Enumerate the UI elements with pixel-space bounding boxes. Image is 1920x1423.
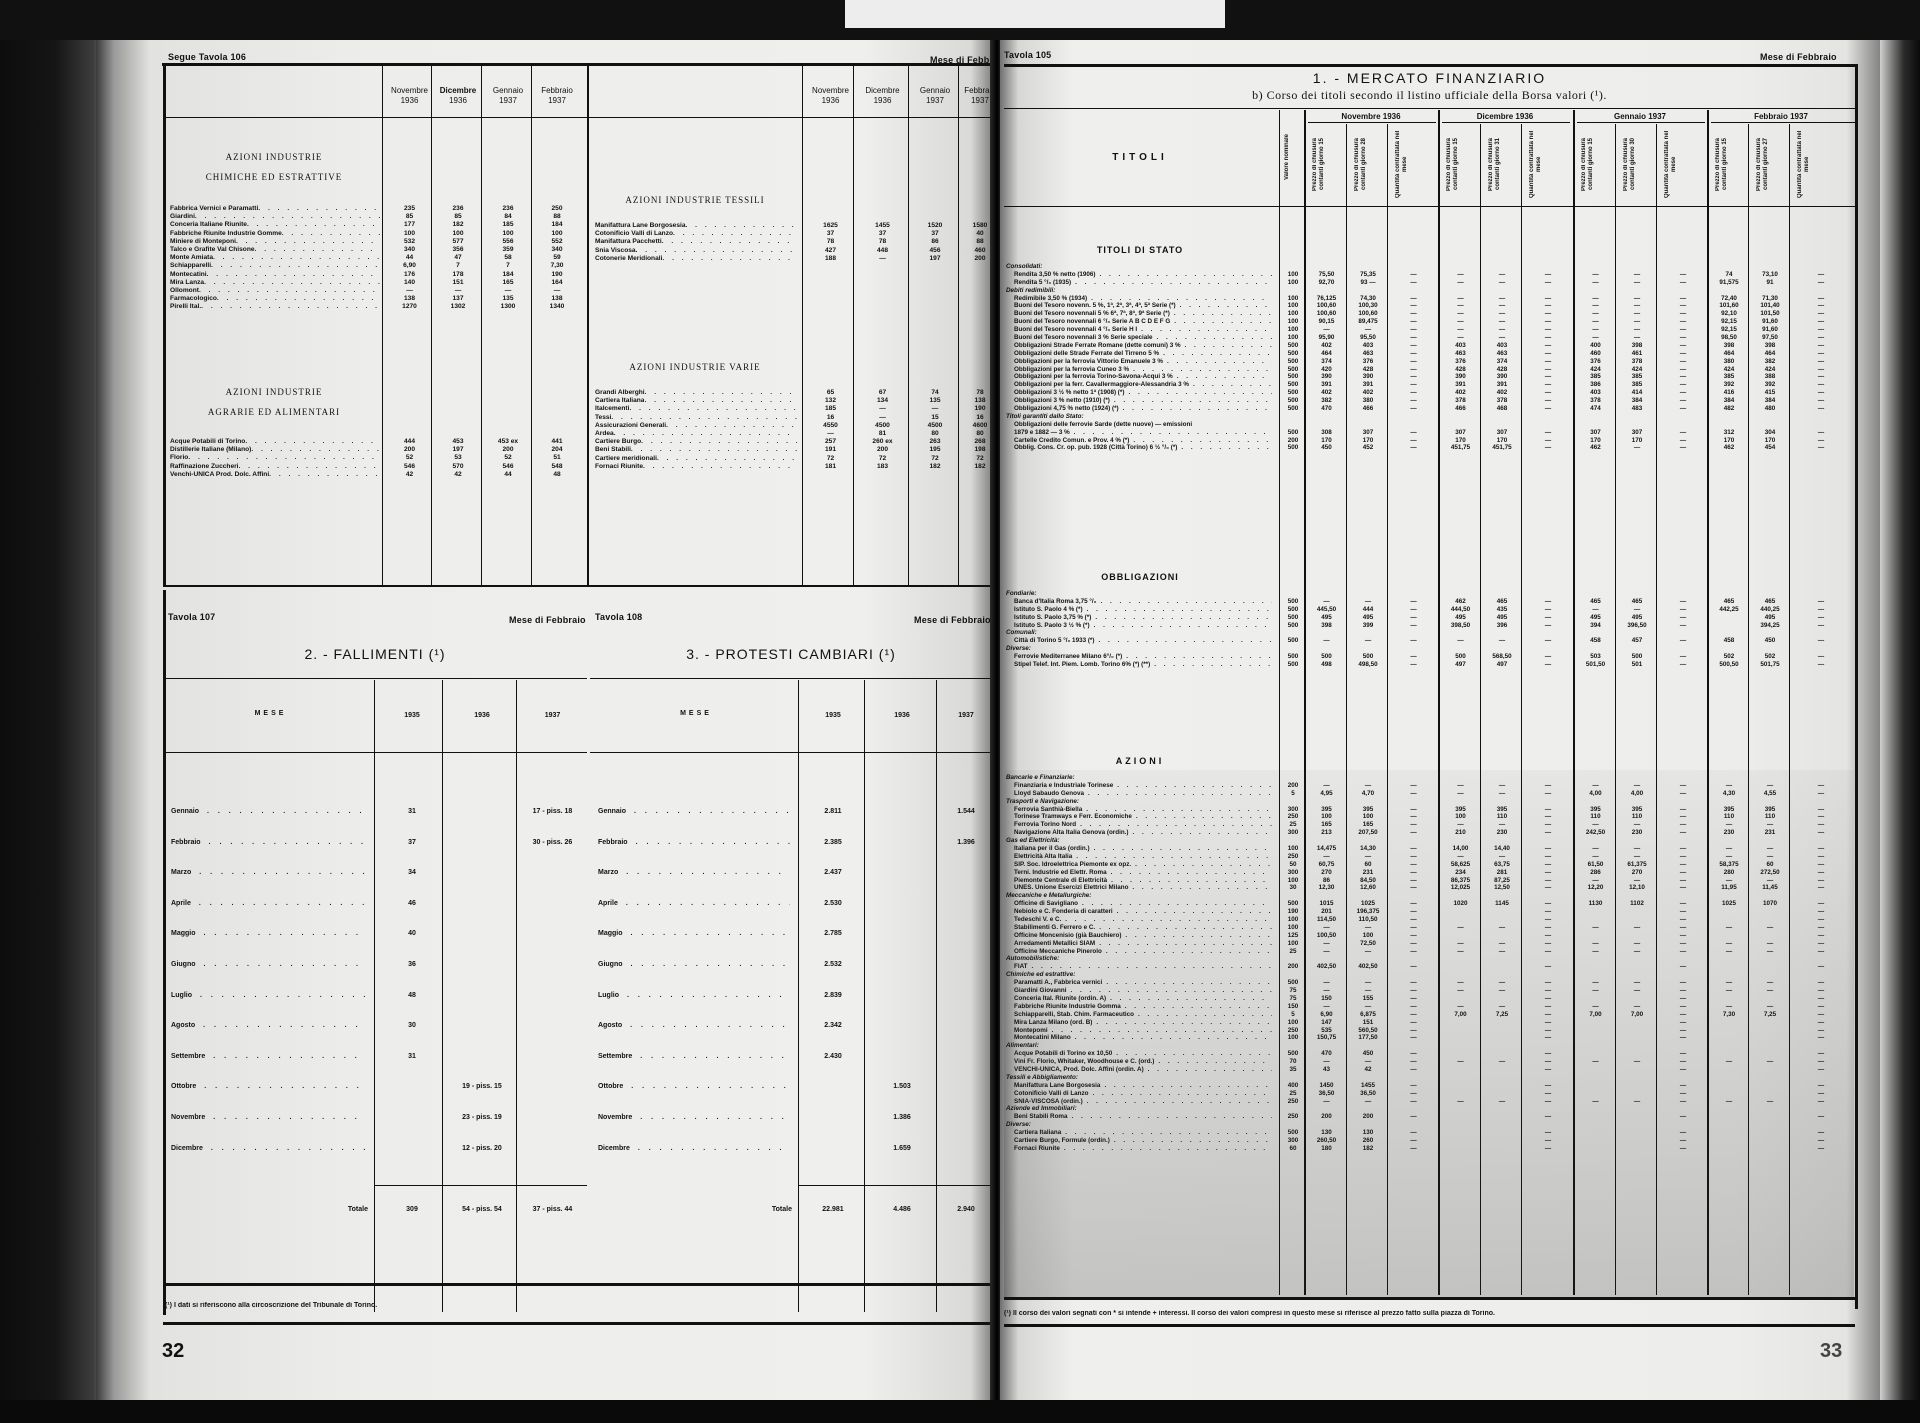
cell-value [1348, 590, 1388, 598]
period-label: Mese di Febbraio [914, 615, 991, 625]
cell-value: — [1791, 598, 1851, 606]
leader-dots: . . . . . . . . . . . . . . . . . . . . … [632, 1114, 790, 1121]
cell-value: 138 [533, 295, 581, 303]
cell-value: 444 [386, 438, 433, 446]
column-year: 1937 [910, 96, 960, 106]
cell-value: — [1523, 350, 1573, 358]
column-header: Gennaio1937 [483, 86, 533, 106]
cell-value: 456 [910, 247, 960, 255]
cell-value: 74 [910, 389, 960, 397]
cell-value: 390 [1482, 373, 1522, 381]
month-name: Dicembre [598, 1145, 630, 1152]
cell-value: 465 [1482, 598, 1522, 606]
cell-value: 195 [910, 446, 960, 454]
cell-value: — [433, 287, 483, 295]
table-row: Stipel Telef. Int. Piem. Lomb. Torino 6%… [1006, 661, 1272, 669]
cell-value: 442,25 [1709, 606, 1749, 614]
cell-value: — [1440, 326, 1481, 334]
cell-value: 378 [1482, 397, 1522, 405]
month-name: Maggio [598, 930, 623, 937]
cell-value: — [1389, 653, 1438, 661]
column-header: Novembre1936 [806, 86, 855, 106]
cell-value: 398,50 [1440, 622, 1481, 630]
right-edge-shadow [1880, 40, 1920, 1423]
cell-value: 100 [386, 230, 433, 238]
value-column: 75,3593 — 74,30100,30100,6089,475—95,504… [1348, 263, 1388, 452]
cell-value: — [1658, 326, 1708, 334]
column-year: 1937 [533, 96, 581, 106]
cell-value: — [386, 287, 433, 295]
month-row: Ottobre . . . . . . . . . . . . . . . . … [598, 1083, 790, 1090]
column-month: Dicembre [855, 86, 910, 96]
cell-value: 444,50 [1440, 606, 1481, 614]
cell-value: 441 [533, 438, 581, 446]
cell-value [1440, 413, 1481, 421]
sub-column-header: Prezzo di chiusura contanti giorno 27 [1756, 126, 1784, 202]
cell-value: 191 [806, 446, 855, 454]
month-row: Maggio . . . . . . . . . . . . . . . . .… [598, 930, 790, 937]
value-column: 65132185164550—25719172181 [806, 389, 855, 471]
cell-value [1791, 629, 1851, 637]
column-month: Gennaio [910, 86, 960, 96]
cell-value: 392 [1709, 381, 1749, 389]
cell-value: 100 [1281, 295, 1305, 303]
cell-value: 2.430 [802, 1053, 864, 1060]
cell-value: 396,50 [1617, 622, 1657, 630]
header-year: 1935 [378, 712, 446, 719]
table-row: Obbligazioni delle ferrovie Sarde (dette… [1006, 421, 1272, 429]
cell-value [1709, 622, 1749, 630]
cell-value: 135 [910, 397, 960, 405]
cell-value: 37 [855, 230, 910, 238]
cell-value: — [1482, 279, 1522, 287]
value-column: —445,50495398 — 500498 [1306, 590, 1347, 669]
cell-value: 72 [806, 455, 855, 463]
cell-value: 1455 [855, 222, 910, 230]
cell-value: 378 [1575, 397, 1616, 405]
cell-value: — [1658, 429, 1708, 437]
cell-value: 376 [1440, 358, 1481, 366]
value-column: 73,1091 71,30101,40101,5091,6091,6097,50… [1750, 263, 1790, 452]
cell-value: — [533, 287, 581, 295]
cell-value: — [1389, 397, 1438, 405]
value-column: —— ——————403463374428390391402378468 307… [1482, 263, 1522, 452]
column-header: Febbraio1937 [533, 86, 581, 106]
table-row: Mira Lanza . . . . . . . . . . . . . . .… [170, 279, 380, 287]
cell-value: 380 [1348, 397, 1388, 405]
row-labels: Consolidati:Rendita 3,50 % netto (1906) … [1006, 263, 1272, 452]
cell-value: 384 [1617, 397, 1657, 405]
cell-value: 176 [386, 271, 433, 279]
cell-value: 78 [855, 238, 910, 246]
cell-value: 495 [1348, 614, 1388, 622]
cell-value: 250 [533, 205, 581, 213]
cell-value [1617, 287, 1657, 295]
leader-dots: . . . . . . . . . . . . . . . . . . . . … [199, 287, 380, 295]
cell-value [1750, 287, 1790, 295]
cell-value: 44 [483, 471, 533, 479]
cell-value [1306, 590, 1347, 598]
left-footnote: (¹) I dati si riferiscono alla circoscri… [165, 1302, 985, 1309]
cell-value: — [1658, 405, 1708, 413]
table-row: Obbligazioni 3 % netto (1910) (*) . . . … [1006, 397, 1272, 405]
cell-value: 200 [1281, 437, 1305, 445]
column-rule [958, 65, 959, 585]
table-row: Istituto S. Paolo 3,75 % (*) . . . . . .… [1006, 614, 1272, 622]
cell-value: — [1348, 637, 1388, 645]
leader-dots: . . . . . . . . . . . . . . . . . . . . … [1124, 389, 1272, 397]
value-column: 23585177100532340446,90176140—1381270 [386, 205, 433, 311]
month-row: Aprile . . . . . . . . . . . . . . . . .… [598, 900, 790, 907]
cell-value [1750, 590, 1790, 598]
cell-value: — [1523, 653, 1573, 661]
leader-dots: . . . . . . . . . . . . . . . . . . . . … [196, 930, 367, 937]
leader-dots: . . . . . . . . . . . . . . . . . . . . … [1152, 334, 1272, 342]
cell-value [1658, 421, 1708, 429]
cell-value: — [1658, 271, 1708, 279]
cell-value: 378 [1440, 397, 1481, 405]
total-value: 2.940 [940, 1206, 992, 1213]
cell-value: 84 [483, 213, 533, 221]
cell-value: 427 [806, 247, 855, 255]
cell-value: 501,50 [1575, 661, 1616, 669]
cell-value: 200 [483, 446, 533, 454]
leader-dots: . . . . . . . . . . . . . . . . . . . . … [662, 255, 797, 263]
cell-value: 502 [1750, 653, 1790, 661]
leader-dots: . . . . . . . . . . . . . . . . . . . . … [1090, 622, 1272, 630]
month-name: Marzo [171, 869, 191, 876]
cell-value: 403 [1348, 342, 1388, 350]
column-header: Gennaio1937 [910, 86, 960, 106]
cell-value: 388 [1750, 373, 1790, 381]
leader-dots: . . . . . . . . . . . . . . . . . . . . … [199, 808, 366, 815]
column-header: Dicembre1936 [855, 86, 910, 106]
cell-value: 451,75 [1482, 444, 1522, 452]
cell-value: 384 [1709, 397, 1749, 405]
cell-value: — [1348, 326, 1388, 334]
cell-value: — [1523, 318, 1573, 326]
table-row: Schiapparelli . . . . . . . . . . . . . … [170, 262, 380, 270]
cell-value: 23 - piss. 19 [446, 1114, 518, 1121]
total-value: 309 [378, 1206, 446, 1213]
cell-value: — [1658, 279, 1708, 287]
tavola-label: Tavola 108 [595, 612, 642, 622]
leader-dots: . . . . . . . . . . . . . . . . . . . . … [1170, 310, 1272, 318]
value-column: 4412045154848 [533, 438, 581, 479]
value-column: —— ——————————————— ——— [1389, 263, 1438, 452]
sub-column-header: Prezzo di chiusura contanti giorno 30 [1623, 126, 1651, 202]
cell-value: — [1791, 405, 1851, 413]
cell-value: 391 [1306, 381, 1347, 389]
cell-value: 12 - piss. 20 [446, 1145, 518, 1152]
cell-value: 65 [806, 389, 855, 397]
month-name: Ottobre [598, 1083, 623, 1090]
cell-value: 440,25 [1750, 606, 1790, 614]
cell-value [1658, 413, 1708, 421]
cell-value [1306, 421, 1347, 429]
rule-line [1004, 64, 1855, 67]
page-top-gap [845, 0, 1225, 28]
column-rule [936, 680, 937, 1312]
cell-value: 465 [1750, 598, 1790, 606]
cell-value: 170 [1306, 437, 1347, 445]
month-name: Luglio [171, 992, 192, 999]
rule-line [1308, 122, 1436, 123]
cell-value [1389, 287, 1438, 295]
cell-value: — [1617, 279, 1657, 287]
cell-value [1658, 645, 1708, 653]
cell-value [1281, 629, 1305, 637]
cell-value [1750, 421, 1790, 429]
leader-dots: . . . . . . . . . . . . . . . . . . . . … [245, 438, 380, 446]
sub-column-header: Prezzo di chiusura contanti giorno 15 [1581, 126, 1609, 202]
cell-value: — [1617, 271, 1657, 279]
cell-value: 100 [1281, 271, 1305, 279]
column-rule [1855, 64, 1858, 1309]
cell-value: 500 [1348, 653, 1388, 661]
cell-value: 85 [386, 213, 433, 221]
leader-dots: . . . . . . . . . . . . . . . . . . . . … [1176, 302, 1272, 310]
cell-value: 500 [1281, 622, 1305, 630]
cell-value: 498,50 [1348, 661, 1388, 669]
cell-value [1575, 645, 1616, 653]
cell-value: 483 [1617, 405, 1657, 413]
leader-dots: . . . . . . . . . . . . . . . . . . . . … [269, 471, 380, 479]
cell-value: — [1523, 326, 1573, 334]
cell-value: 428 [1440, 366, 1481, 374]
cell-value: 53 [433, 454, 483, 462]
leader-dots: . . . . . . . . . . . . . . . . . . . . … [636, 247, 797, 255]
cell-value: 48 [378, 992, 446, 999]
cell-value: 552 [533, 238, 581, 246]
cell-value [1482, 263, 1522, 271]
cell-value: 100 [433, 230, 483, 238]
cell-value: 2.839 [802, 992, 864, 999]
cell-value: — [1389, 381, 1438, 389]
cell-value: — [1791, 622, 1851, 630]
cell-value: — [1658, 614, 1708, 622]
cell-value: — [1523, 437, 1573, 445]
month-group-header: Dicembre 1936 [1438, 112, 1572, 121]
cell-value: 474 [1575, 405, 1616, 413]
cell-value [1440, 421, 1481, 429]
cell-value: 92,10 [1709, 310, 1749, 318]
cell-value [1482, 421, 1522, 429]
cell-value: 188 [806, 255, 855, 263]
month-row: Luglio . . . . . . . . . . . . . . . . .… [171, 992, 366, 999]
cell-value: 500 [1281, 342, 1305, 350]
cell-value: — [1658, 310, 1708, 318]
value-column: 465440,25495394,25 450 502501,75 [1750, 590, 1790, 669]
row-name: Cartiera Italiana [595, 397, 644, 405]
cell-value: — [1389, 271, 1438, 279]
cell-value: 424 [1750, 366, 1790, 374]
leader-dots: . . . . . . . . . . . . . . . . . . . . … [247, 221, 380, 229]
cell-value: 385 [1617, 373, 1657, 381]
cell-value: 46 [378, 900, 446, 907]
cell-value: — [1523, 295, 1573, 303]
cell-value: 42 [433, 471, 483, 479]
cell-value: 72,40 [1709, 295, 1749, 303]
table-row: Fabbriche Riunite Industrie Gomme . . . … [170, 230, 380, 238]
cell-value: — [1389, 429, 1438, 437]
cell-value: 391 [1348, 381, 1388, 389]
cell-value: 37 [378, 839, 446, 846]
leader-dots: . . . . . . . . . . . . . . . . . . . . … [1096, 271, 1272, 279]
table-row: Grandi Alberghi . . . . . . . . . . . . … [595, 389, 797, 397]
cell-value [1482, 287, 1522, 295]
cell-value: 556 [483, 238, 533, 246]
cell-value [1389, 413, 1438, 421]
cell-value: 52 [483, 454, 533, 462]
cell-value: 91,60 [1750, 318, 1790, 326]
cell-value: 385 [1617, 381, 1657, 389]
cell-value: 52 [386, 454, 433, 462]
section-title: AZIONI [1004, 756, 1276, 766]
cell-value: — [1389, 318, 1438, 326]
cell-value: 452 [1348, 444, 1388, 452]
rule-line [162, 63, 992, 66]
cell-value: 91,60 [1750, 326, 1790, 334]
column-rule [481, 65, 482, 585]
cell-value [1575, 629, 1616, 637]
column-month: Dicembre [433, 86, 483, 96]
row-name: Redimibile 3,50 % (1934) [1014, 295, 1087, 303]
cell-value: — [1617, 295, 1657, 303]
value-column: 500500500500 500 500500 [1281, 590, 1305, 669]
cell-value: — [1389, 358, 1438, 366]
cell-value: — [1389, 389, 1438, 397]
cell-value: 44 [386, 254, 433, 262]
cell-value: — [1658, 606, 1708, 614]
row-name: Fornaci Riunite [595, 463, 643, 471]
leader-dots: . . . . . . . . . . . . . . . . . . . . … [657, 455, 797, 463]
cell-value: 1.396 [940, 839, 992, 846]
row-name: Giardini [170, 213, 195, 221]
cell-value: 374 [1306, 358, 1347, 366]
cell-value: 1340 [533, 303, 581, 311]
month-row: Agosto . . . . . . . . . . . . . . . . .… [171, 1022, 366, 1029]
cell-value: 402 [1348, 389, 1388, 397]
cell-value: 391 [1440, 381, 1481, 389]
cell-value: — [1389, 444, 1438, 452]
leader-dots: . . . . . . . . . . . . . . . . . . . . … [1189, 381, 1272, 389]
cell-value: 257 [806, 438, 855, 446]
cell-value: 2.785 [802, 930, 864, 937]
cell-value [1791, 413, 1851, 421]
leader-dots: . . . . . . . . . . . . . . . . . . . . … [1163, 358, 1272, 366]
column-rule [864, 680, 865, 1312]
value-column: 453 ex2005254644 [483, 438, 533, 479]
header-year: 1937 [940, 712, 992, 719]
cell-value: 40 [378, 930, 446, 937]
cell-value: — [1389, 661, 1438, 669]
value-column: 16253778427188 [806, 222, 855, 263]
value-column: ———— — —— [1791, 590, 1851, 669]
month-name: Aprile [171, 900, 191, 907]
cell-value: 464 [1306, 350, 1347, 358]
cell-value: 501,75 [1750, 661, 1790, 669]
cell-value: 402 [1306, 342, 1347, 350]
scan-border-bottom [0, 1400, 1920, 1423]
cell-value: 72 [855, 455, 910, 463]
rule-line [374, 1185, 587, 1186]
cell-value: 100 [1281, 326, 1305, 334]
cell-value: — [1658, 389, 1708, 397]
cell-value: 170 [1709, 437, 1749, 445]
leader-dots: . . . . . . . . . . . . . . . . . . . . … [196, 1083, 366, 1090]
cell-value: 359 [483, 246, 533, 254]
column-header: Novembre1936 [386, 86, 433, 106]
header-year: 1935 [802, 712, 864, 719]
cell-value: — [1523, 342, 1573, 350]
cell-value: — [1482, 637, 1522, 645]
month-name: Settembre [171, 1053, 205, 1060]
cell-value: 81 [855, 430, 910, 438]
month-name: Ottobre [171, 1083, 196, 1090]
table-row: Beni Stabili . . . . . . . . . . . . . .… [595, 446, 797, 454]
cell-value [1791, 263, 1851, 271]
cell-value: 1.659 [868, 1145, 936, 1152]
value-column: 465—495396,50 457 500501 [1617, 590, 1657, 669]
cell-value [1709, 645, 1749, 653]
row-name: Miniere di Monteponi [170, 238, 236, 246]
column-rule [516, 680, 517, 1312]
cell-value [1617, 645, 1657, 653]
cell-value: 97,50 [1750, 334, 1790, 342]
cell-value: 7 [433, 262, 483, 270]
month-row: Dicembre . . . . . . . . . . . . . . . .… [598, 1145, 790, 1152]
row-name: Florio [170, 454, 188, 462]
cell-value: 2.385 [802, 839, 864, 846]
cell-value: 495 [1617, 614, 1657, 622]
cell-value: 37 [910, 230, 960, 238]
leader-dots: . . . . . . . . . . . . . . . . . . . . … [188, 454, 380, 462]
cell-value: — [1482, 334, 1522, 342]
cell-value: — [1348, 598, 1388, 606]
row-name: Buoni del Tesoro novennali 4 °/₀ Serie H… [1014, 326, 1137, 334]
cell-value: 416 [1709, 389, 1749, 397]
cell-value: 15 [910, 414, 960, 422]
cell-value [1575, 413, 1616, 421]
month-name: Giugno [598, 961, 623, 968]
month-name: Febbraio [171, 839, 201, 846]
leader-dots: . . . . . . . . . . . . . . . . . . . . … [1150, 661, 1272, 669]
cell-value: — [1658, 342, 1708, 350]
leader-dots: . . . . . . . . . . . . . . . . . . . . … [629, 405, 797, 413]
cell-value: 466 [1348, 405, 1388, 413]
cell-value: 86 [910, 238, 960, 246]
cell-value: — [1389, 279, 1438, 287]
cell-value: — [1523, 373, 1573, 381]
cell-value: 461 [1617, 350, 1657, 358]
cell-value: 312 [1709, 429, 1749, 437]
value-column: ———— — —— [1523, 590, 1573, 669]
cell-value: — [1617, 606, 1657, 614]
row-name: Obbligazioni Strade Ferrate Romane (dett… [1014, 342, 1181, 350]
cell-value: 7 [483, 262, 533, 270]
cell-value: — [1389, 334, 1438, 342]
cell-value: — [1482, 310, 1522, 318]
row-name: Montecatini [170, 271, 207, 279]
row-name: Pirelli Ital. [170, 303, 201, 311]
cell-value [1523, 421, 1573, 429]
cell-value: — [1575, 310, 1616, 318]
month-name: Maggio [171, 930, 196, 937]
cell-value: 500 [1281, 653, 1305, 661]
cell-value: — [1523, 598, 1573, 606]
cell-value: 98,50 [1709, 334, 1749, 342]
